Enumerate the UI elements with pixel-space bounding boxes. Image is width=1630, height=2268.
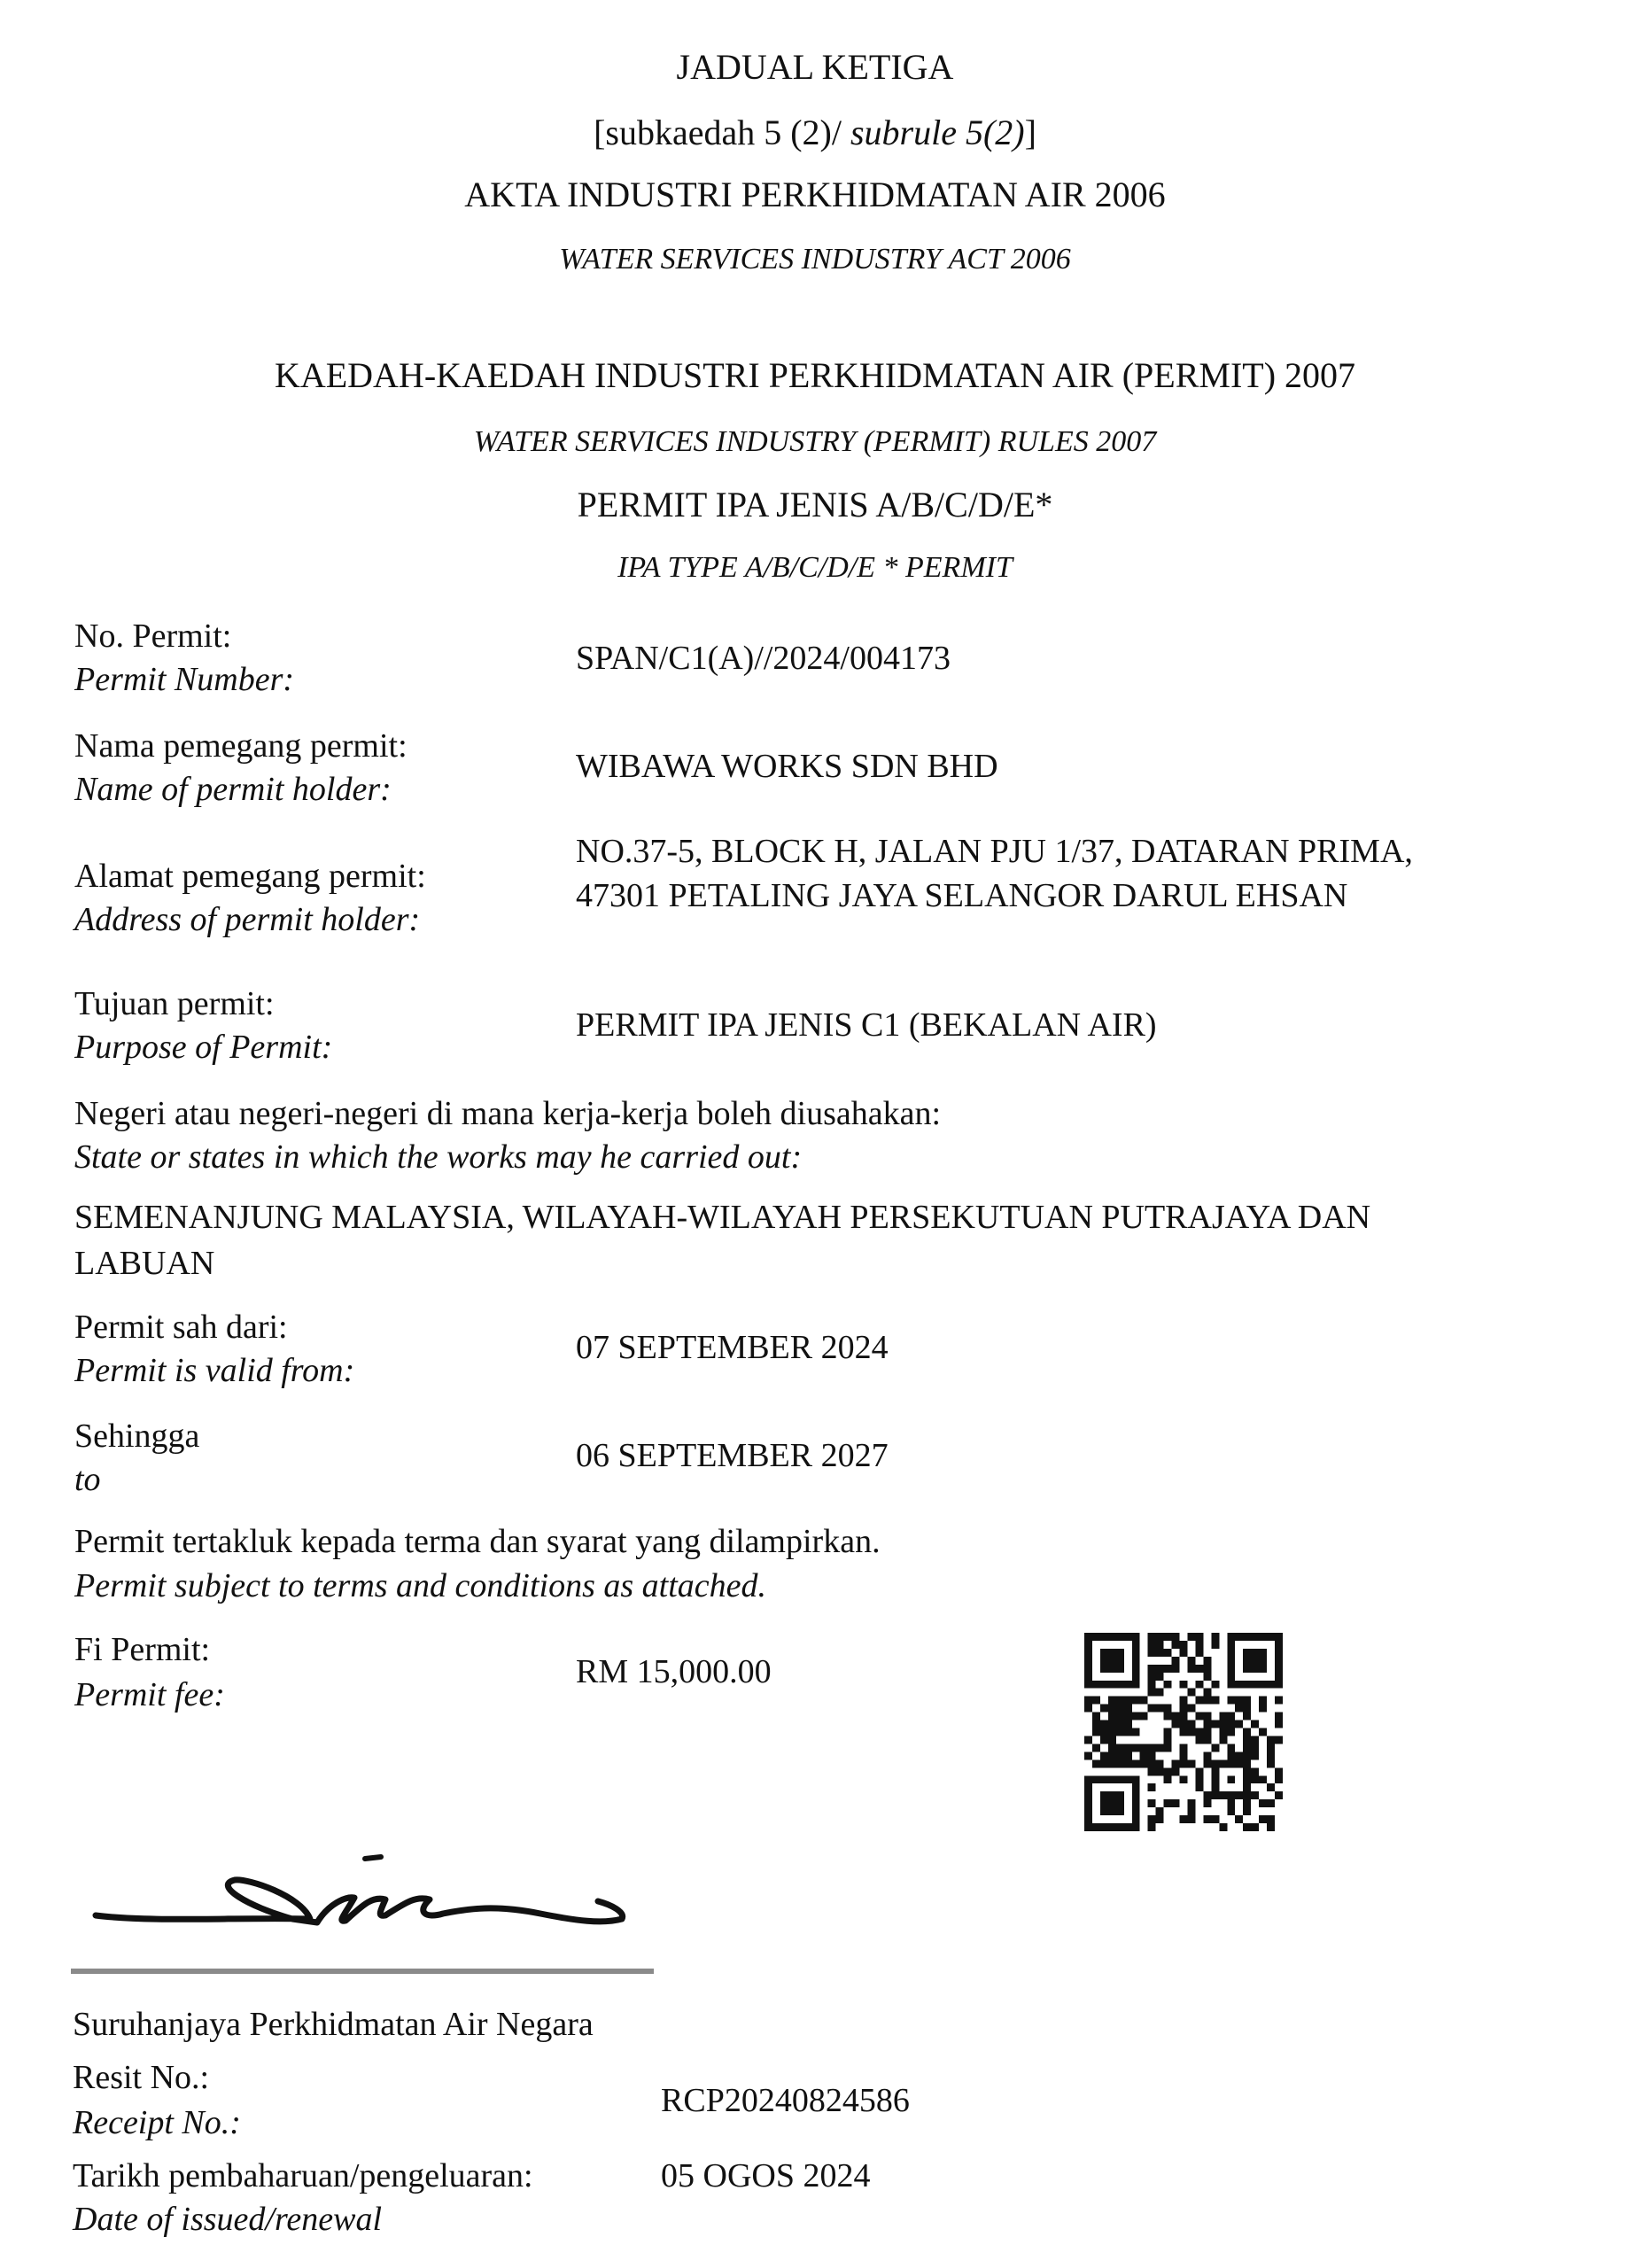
valid-to-value: 06 SEPTEMBER 2027: [576, 1434, 889, 1477]
fee-label-malay: Fi Permit:: [74, 1628, 210, 1671]
signature-mark: [80, 1843, 664, 1949]
permit-type-english: IPA TYPE A/B/C/D/E * PERMIT: [0, 549, 1630, 586]
subrule-reference: [subkaedah 5 (2)/ subrule 5(2)]: [0, 112, 1630, 154]
issue-date-label-malay: Tarikh pembaharuan/pengeluaran:: [73, 2155, 533, 2197]
receipt-label-english: Receipt No.:: [73, 2101, 241, 2144]
permit-number-label-malay: No. Permit:: [74, 615, 231, 657]
states-label-english: State or states in which the works may h…: [74, 1136, 802, 1178]
schedule-title: JADUAL KETIGA: [0, 46, 1630, 89]
fee-label-english: Permit fee:: [74, 1674, 225, 1716]
subrule-malay: [subkaedah 5 (2)/: [594, 113, 850, 152]
states-label-malay: Negeri atau negeri-negeri di mana kerja-…: [74, 1092, 941, 1135]
signature-line: [71, 1969, 654, 1974]
permit-type-malay: PERMIT IPA JENIS A/B/C/D/E*: [0, 484, 1630, 526]
subrule-english: subrule 5(2): [850, 113, 1025, 152]
receipt-label-malay: Resit No.:: [73, 2056, 209, 2099]
valid-to-label-malay: Sehingga: [74, 1415, 199, 1457]
rules-title-malay: KAEDAH-KAEDAH INDUSTRI PERKHIDMATAN AIR …: [0, 354, 1630, 397]
holder-name-label-malay: Nama pemegang permit:: [74, 725, 407, 767]
holder-name-value: WIBAWA WORKS SDN BHD: [576, 745, 998, 788]
issue-date-value: 05 OGOS 2024: [661, 2155, 870, 2197]
act-title-english: WATER SERVICES INDUSTRY ACT 2006: [0, 241, 1630, 278]
terms-text-english: Permit subject to terms and conditions a…: [74, 1565, 766, 1607]
subrule-close: ]: [1025, 113, 1036, 152]
address-label-malay: Alamat pemegang permit:: [74, 855, 426, 897]
terms-text-malay: Permit tertakluk kepada terma dan syarat…: [74, 1520, 881, 1563]
valid-from-label-malay: Permit sah dari:: [74, 1306, 288, 1348]
valid-from-value: 07 SEPTEMBER 2024: [576, 1326, 889, 1369]
purpose-label-english: Purpose of Permit:: [74, 1026, 332, 1068]
receipt-value: RCP20240824586: [661, 2079, 910, 2122]
permit-number-value: SPAN/C1(A)//2024/004173: [576, 637, 951, 680]
rules-title-english: WATER SERVICES INDUSTRY (PERMIT) RULES 2…: [0, 423, 1630, 461]
valid-to-label-english: to: [74, 1458, 101, 1501]
act-title-malay: AKTA INDUSTRI PERKHIDMATAN AIR 2006: [0, 174, 1630, 216]
fee-value: RM 15,000.00: [576, 1651, 772, 1693]
holder-name-label-english: Name of permit holder:: [74, 768, 392, 811]
valid-from-label-english: Permit is valid from:: [74, 1349, 354, 1392]
issue-date-label-english: Date of issued/renewal: [73, 2198, 382, 2241]
qr-code-icon: [1084, 1633, 1283, 1831]
purpose-label-malay: Tujuan permit:: [74, 983, 275, 1025]
purpose-value: PERMIT IPA JENIS C1 (BEKALAN AIR): [576, 1004, 1157, 1046]
address-label-english: Address of permit holder:: [74, 898, 420, 941]
permit-number-label-english: Permit Number:: [74, 658, 294, 701]
issuer-name: Suruhanjaya Perkhidmatan Air Negara: [73, 2003, 594, 2046]
states-value: SEMENANJUNG MALAYSIA, WILAYAH-WILAYAH PE…: [74, 1194, 1492, 1286]
address-value: NO.37-5, BLOCK H, JALAN PJU 1/37, DATARA…: [576, 829, 1497, 918]
